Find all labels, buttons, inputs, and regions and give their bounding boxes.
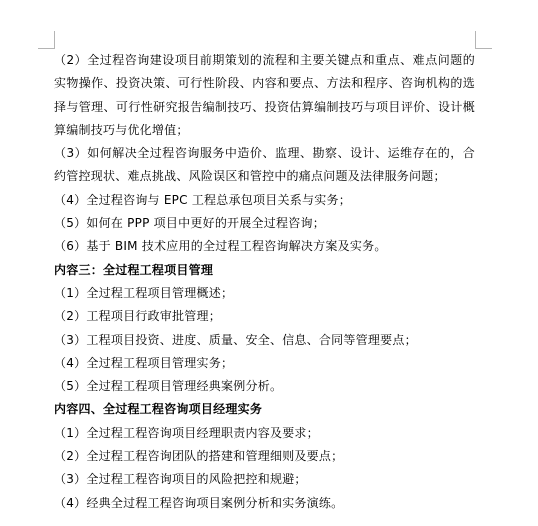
outline-item: （1）全过程工程项目管理概述； [54,282,475,305]
margin-crop-mark-top-left [38,31,55,49]
outline-item: （3）工程项目投资、进度、质量、安全、信息、合同等管理要点； [54,329,475,352]
outline-item: （2）全过程咨询建设项目前期策划的流程和主要关键点和重点、难点问题的实物操作、投… [54,49,475,142]
section-heading: 内容四、全过程工程咨询项目经理实务 [54,398,475,421]
outline-item: （6）基于 BIM 技术应用的全过程工程咨询解决方案及实务。 [54,235,475,258]
section-heading: 内容三：全过程工程项目管理 [54,259,475,282]
margin-crop-mark-top-right [475,31,492,49]
outline-item: （5）全过程工程项目管理经典案例分析。 [54,375,475,398]
document-page: （2）全过程咨询建设项目前期策划的流程和主要关键点和重点、难点问题的实物操作、投… [0,0,538,526]
outline-item: （1）全过程工程咨询项目经理职责内容及要求； [54,422,475,445]
outline-item: （2）全过程工程咨询团队的搭建和管理细则及要点； [54,445,475,468]
outline-item: （2）工程项目行政审批管理； [54,305,475,328]
document-text-area[interactable]: （2）全过程咨询建设项目前期策划的流程和主要关键点和重点、难点问题的实物操作、投… [54,49,475,515]
outline-item: （3）如何解决全过程咨询服务中造价、监理、勘察、设计、运维存在的，合约管控现状、… [54,142,475,189]
outline-item: （4）经典全过程工程咨询项目案例分析和实务演练。 [54,492,475,515]
outline-item: （5）如何在 PPP 项目中更好的开展全过程咨询； [54,212,475,235]
outline-item: （4）全过程咨询与 EPC 工程总承包项目关系与实务； [54,189,475,212]
outline-item: （4）全过程工程项目管理实务； [54,352,475,375]
outline-item: （3）全过程工程咨询项目的风险把控和规避； [54,468,475,491]
